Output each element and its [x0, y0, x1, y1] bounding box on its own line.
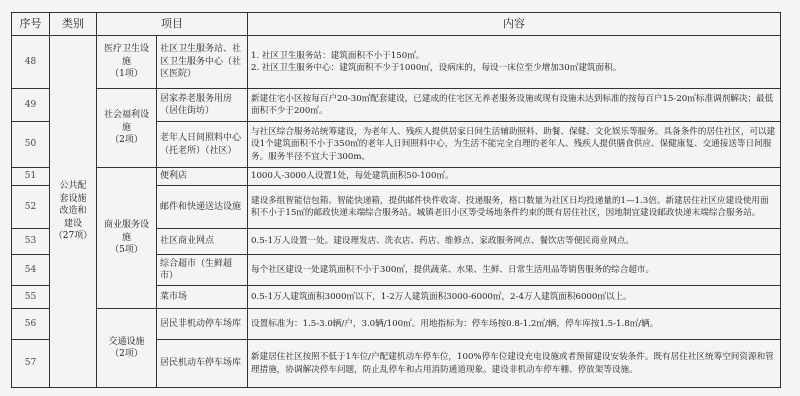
table-row: 51 商业服务设施 （5项） 便利店 1000人-3000人设置1处，每处建筑面…	[12, 168, 781, 186]
row-seq: 57	[12, 340, 50, 388]
header-seq: 序号	[12, 13, 50, 36]
header-category: 类别	[50, 13, 97, 36]
row-seq: 55	[12, 286, 50, 309]
category-label: 公共配套设施改造和建设	[53, 180, 93, 230]
row-item: 居家养老服务用房（居住街坊）	[157, 89, 248, 122]
row-seq: 50	[12, 122, 50, 168]
row-item: 邮件和快递送达设施	[157, 186, 248, 229]
row-item: 菜市场	[157, 286, 248, 309]
row-content: 1000人-3000人设置1处，每处建筑面积50-100㎡。	[248, 168, 781, 186]
row-item: 老年人日间照料中心（托老所）（社区）	[157, 122, 248, 168]
group-welfare: 社会福利设施 （2项）	[97, 89, 157, 168]
row-seq: 49	[12, 89, 50, 122]
row-seq: 48	[12, 36, 50, 89]
row-content: 0.5-1万人设置一处。建设理发店、洗衣店、药店、维修点、家政服务网点、餐饮店等…	[248, 229, 781, 255]
row-seq: 51	[12, 168, 50, 186]
row-content: 建设多组智能信包箱、智能快递箱，提供邮件快件收寄、投递服务，格口数量为社区日均投…	[248, 186, 781, 229]
row-item: 居民机动车停车场库	[157, 340, 248, 388]
row-item: 居民非机动停车场库	[157, 309, 248, 340]
group-medical: 医疗卫生设施 （1项）	[97, 36, 157, 89]
row-content: 设置标准为：1.5-3.0辆/户，3.0辆/100㎡。用地指标为：停车场按0.8…	[248, 309, 781, 340]
header-content: 内容	[248, 13, 781, 36]
category-count: （27项）	[53, 230, 93, 243]
group-traffic: 交通设施 （2项）	[97, 309, 157, 388]
row-item: 社区卫生服务站、社区卫生服务中心（社区医院）	[157, 36, 248, 89]
table-row: 56 交通设施 （2项） 居民非机动停车场库 设置标准为：1.5-3.0辆/户，…	[12, 309, 781, 340]
row-content: 每个社区建设一处建筑面积不小于300㎡，提供蔬菜、水果、生鲜、日常生活用品等销售…	[248, 255, 781, 286]
row-item: 社区商业网点	[157, 229, 248, 255]
row-item: 便利店	[157, 168, 248, 186]
row-content: 新建居住社区按照不低于1车位/户配建机动车停车位，100%停车位建设充电设施或者…	[248, 340, 781, 388]
row-item: 综合超市（生鲜超市）	[157, 255, 248, 286]
row-seq: 54	[12, 255, 50, 286]
category-cell: 公共配套设施改造和建设 （27项）	[50, 36, 97, 388]
header-row: 序号 类别 项目 内容	[12, 13, 781, 36]
group-commercial: 商业服务设施 （5项）	[97, 168, 157, 309]
row-seq: 56	[12, 309, 50, 340]
row-content: 0.5-1万人建筑面积3000㎡以下，1-2万人建筑面积3000-6000㎡，2…	[248, 286, 781, 309]
row-content: 1. 社区卫生服务站：建筑面积不小于150㎡。 2. 社区卫生服务中心：建筑面积…	[248, 36, 781, 89]
header-item: 项目	[97, 13, 248, 36]
row-content: 新建住宅小区按每百户20-30㎡配套建设，已建成的住宅区无养老服务设施或现有设施…	[248, 89, 781, 122]
row-seq: 52	[12, 186, 50, 229]
table-row: 49 社会福利设施 （2项） 居家养老服务用房（居住街坊） 新建住宅小区按每百户…	[12, 89, 781, 122]
row-content: 与社区综合服务站统筹建设，为老年人、残疾人提供居家日间生活辅助照料、助餐、保健、…	[248, 122, 781, 168]
row-seq: 53	[12, 229, 50, 255]
facilities-table: 序号 类别 项目 内容 48 公共配套设施改造和建设 （27项） 医疗卫生设施 …	[11, 12, 781, 388]
table-row: 48 公共配套设施改造和建设 （27项） 医疗卫生设施 （1项） 社区卫生服务站…	[12, 36, 781, 89]
